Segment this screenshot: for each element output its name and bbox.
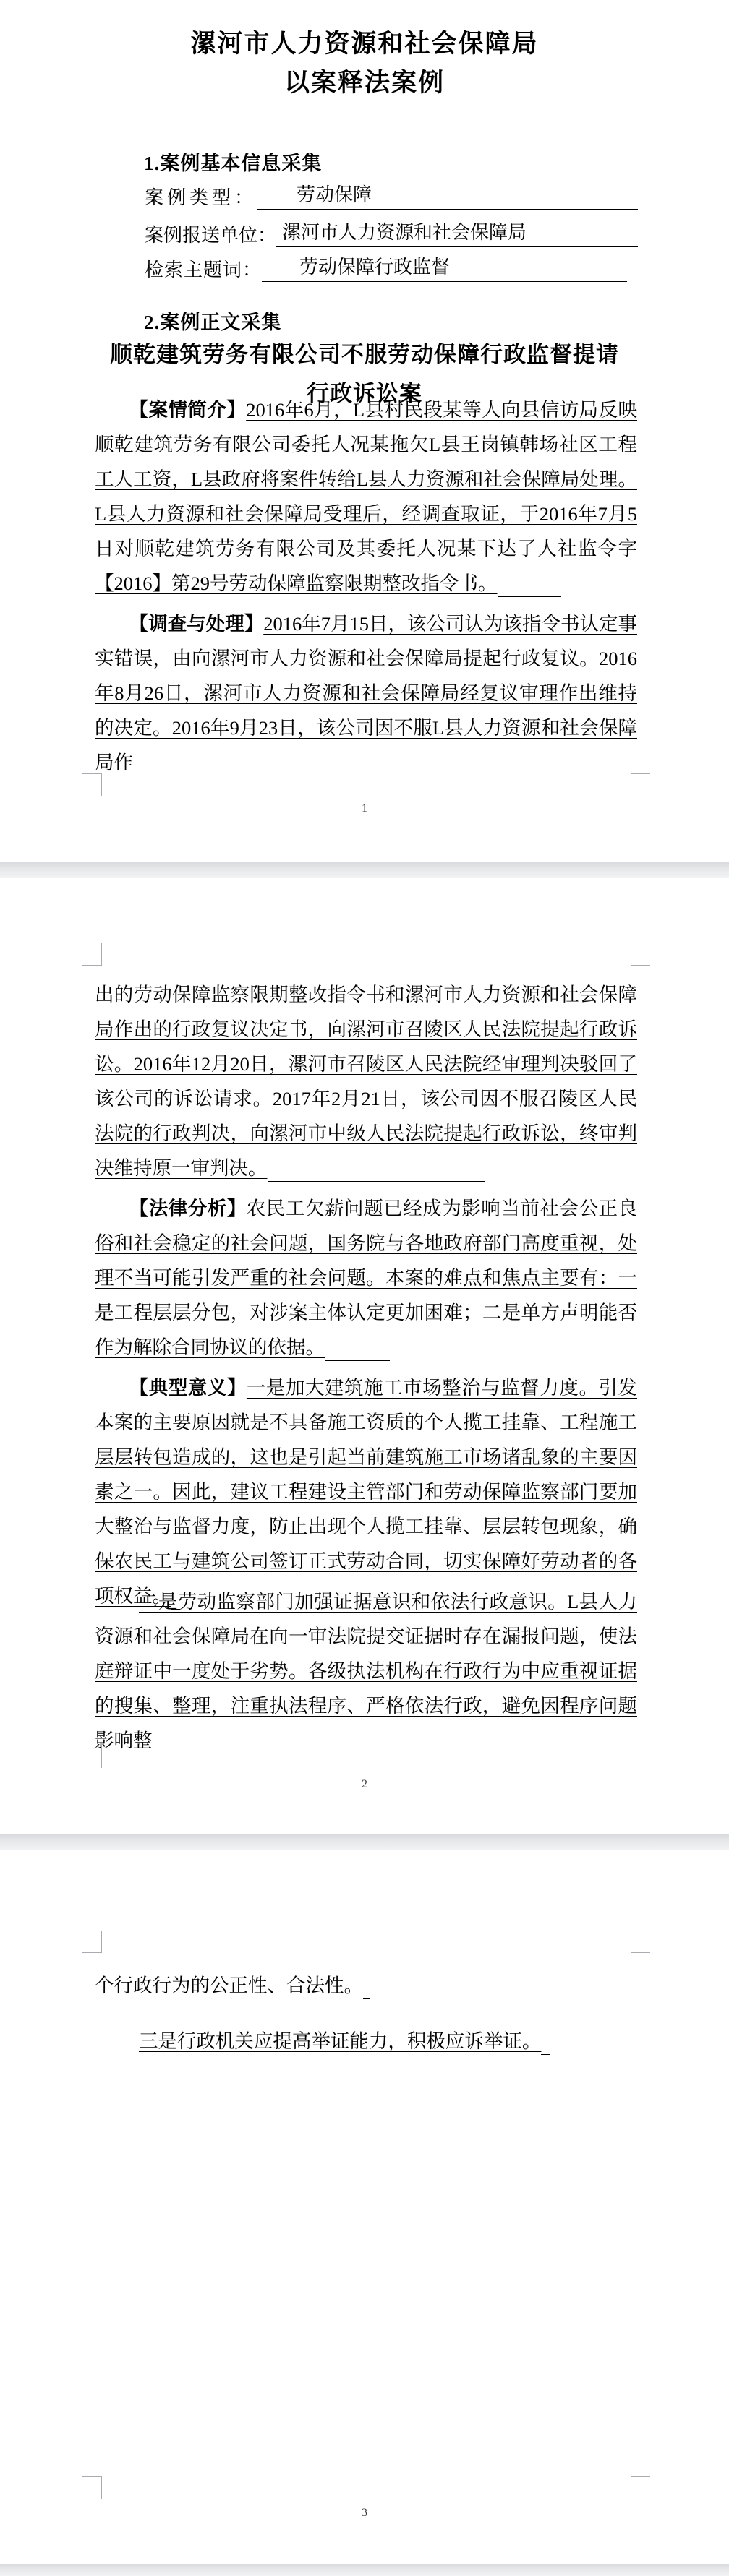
underline-tail (268, 1181, 485, 1182)
field-value-keywords: 劳动保障行政监督 (299, 257, 450, 278)
crop-mark-bottom-right (631, 2476, 650, 2499)
crop-mark-top-right (631, 1931, 650, 1953)
paragraph-case-summary: 【案情简介】2016年6月，L县村民段某等人向县信访局反映顺乾建筑劳务有限公司委… (95, 392, 637, 601)
field-label-keywords: 检索主题词： (145, 255, 262, 282)
field-value-case-type: 劳动保障 (297, 184, 372, 205)
paragraph-text: 一是加大建筑施工市场整治与监督力度。引发本案的主要原因就是不具备施工资质的个人揽… (95, 1377, 637, 1607)
field-label-case-type: 案例类型： (145, 183, 257, 210)
page-separator-bottom (0, 2564, 729, 2576)
crop-mark-top-right (631, 943, 650, 966)
page-number-1: 1 (0, 802, 729, 815)
paragraph-header-case-summary: 【案情简介】 (129, 399, 247, 421)
paragraph-point-two-part1: 二是劳动监察部门加强证据意识和依法行政意识。L县人力资源和社会保障局在向一审法院… (95, 1584, 637, 1758)
underline-tail (363, 1998, 370, 1999)
field-underline: 劳动保障 (257, 180, 638, 210)
crop-mark-bottom-right (631, 773, 650, 796)
underline-tail (498, 596, 561, 597)
paragraph-investigation-part1: 【调查与处理】2016年7月15日，该公司认为该指令书认定事实错误，由向漯河市人… (95, 606, 637, 780)
section-2-heading: 2.案例正文采集 (144, 306, 281, 335)
paragraph-investigation-part2: 出的劳动保障监察限期整改指令书和漯河市人力资源和社会保障局作出的行政复议决定书，… (95, 977, 637, 1185)
paragraph-text: 2016年6月，L县村民段某等人向县信访局反映顺乾建筑劳务有限公司委托人况某拖欠… (95, 399, 637, 594)
paragraph-text: 农民工欠薪问题已经成为影响当前社会公正良俗和社会稳定的社会问题，国务院与各地政府… (95, 1198, 637, 1358)
field-label-reporting-unit: 案例报送单位： (145, 220, 276, 247)
paragraph-point-three: 三是行政机关应提高举证能力，积极应诉举证。 (95, 2024, 637, 2058)
page-number-3: 3 (0, 2507, 729, 2520)
page-separator (0, 1834, 729, 1850)
page-separator (0, 862, 729, 878)
document-title-line-1: 漯河市人力资源和社会保障局 (0, 25, 729, 64)
document-title: 漯河市人力资源和社会保障局 以案释法案例 (0, 25, 729, 103)
paragraph-text: 2016年7月15日，该公司认为该指令书认定事实错误，由向漯河市人力资源和社会保… (95, 613, 637, 773)
page-2: 出的劳动保障监察限期整改指令书和漯河市人力资源和社会保障局作出的行政复议决定书，… (0, 878, 729, 1834)
paragraph-text: 三是行政机关应提高举证能力，积极应诉举证。 (139, 2030, 542, 2052)
document-viewer: 漯河市人力资源和社会保障局 以案释法案例 1.案例基本信息采集 案例类型： 劳动… (0, 0, 729, 2576)
page-3: 个行政行为的公正性、合法性。 三是行政机关应提高举证能力，积极应诉举证。 3 (0, 1850, 729, 2564)
paragraph-legal-analysis: 【法律分析】农民工欠薪问题已经成为影响当前社会公正良俗和社会稳定的社会问题，国务… (95, 1191, 637, 1365)
field-underline: 漯河市人力资源和社会保障局 (276, 218, 638, 247)
crop-mark-bottom-right (631, 1746, 650, 1768)
paragraph-header-typical-significance: 【典型意义】 (129, 1377, 247, 1399)
field-row-case-type: 案例类型： 劳动保障 (145, 178, 638, 210)
crop-mark-top-left (82, 1931, 102, 1953)
underline-tail (325, 1360, 390, 1361)
field-value-reporting-unit: 漯河市人力资源和社会保障局 (282, 222, 526, 243)
paragraph-point-two-part2: 个行政行为的公正性、合法性。 (95, 1968, 637, 2003)
crop-mark-bottom-left (82, 1746, 102, 1768)
paragraph-text: 个行政行为的公正性、合法性。 (95, 1975, 363, 1996)
underline-tail (541, 2054, 550, 2055)
field-underline: 劳动保障行政监督 (262, 252, 627, 282)
crop-mark-top-left (82, 943, 102, 966)
crop-mark-bottom-left (82, 2476, 102, 2499)
page-1: 漯河市人力资源和社会保障局 以案释法案例 1.案例基本信息采集 案例类型： 劳动… (0, 0, 729, 862)
paragraph-typical-significance: 【典型意义】一是加大建筑施工市场整治与监督力度。引发本案的主要原因就是不具备施工… (95, 1370, 637, 1613)
section-1-heading: 1.案例基本信息采集 (144, 147, 322, 176)
paragraph-header-legal-analysis: 【法律分析】 (129, 1198, 247, 1219)
field-row-reporting-unit: 案例报送单位： 漯河市人力资源和社会保障局 (145, 215, 638, 247)
crop-mark-bottom-left (82, 773, 102, 796)
paragraph-header-investigation: 【调查与处理】 (129, 613, 264, 635)
paragraph-text: 出的劳动保障监察限期整改指令书和漯河市人力资源和社会保障局作出的行政复议决定书，… (95, 984, 637, 1179)
field-row-keywords: 检索主题词： 劳动保障行政监督 (145, 250, 638, 282)
document-title-line-2: 以案释法案例 (0, 64, 729, 103)
page-number-2: 2 (0, 1778, 729, 1791)
paragraph-text: 二是劳动监察部门加强证据意识和依法行政意识。L县人力资源和社会保障局在向一审法院… (95, 1591, 637, 1751)
